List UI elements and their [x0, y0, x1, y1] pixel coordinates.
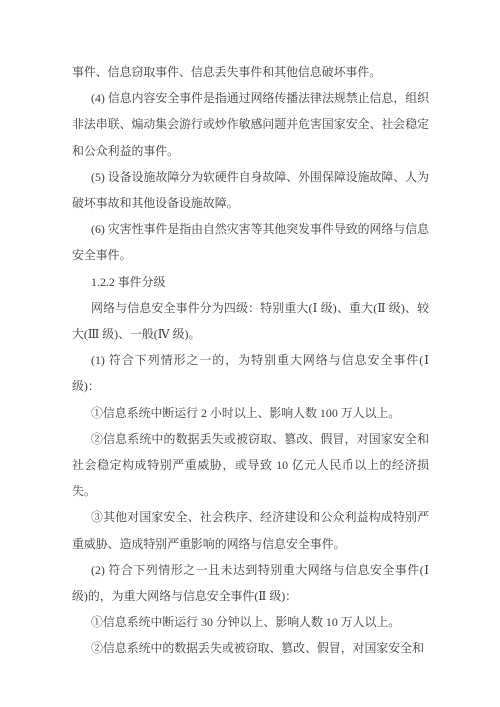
paragraph: 网络与信息安全事件分为四级：特别重大(Ⅰ 级)、重大(Ⅱ 级)、较大(Ⅲ 级)、…: [72, 295, 429, 347]
paragraph: ③其他对国家安全、社会秩序、经济建设和公众利益构成特别严重威胁、造成特别严重影响…: [72, 504, 429, 556]
paragraph: ①信息系统中断运行 2 小时以上、影响人数 100 万人以上。: [72, 400, 429, 426]
paragraph: (5) 设备设施故障分为软硬件自身故障、外围保障设施故障、人为破坏事故和其他设备…: [72, 164, 429, 216]
paragraph: (4) 信息内容安全事件是指通过网络传播法律法规禁止信息，组织非法串联、煽动集会…: [72, 85, 429, 164]
document-body: 事件、信息窃取事件、信息丢失事件和其他信息破坏事件。(4) 信息内容安全事件是指…: [72, 59, 429, 662]
paragraph: (1) 符合下列情形之一的，为特别重大网络与信息安全事件(Ⅰ 级)：: [72, 347, 429, 399]
paragraph: ①信息系统中断运行 30 分钟以上、影响人数 10 万人以上。: [72, 609, 429, 635]
document-page: 事件、信息窃取事件、信息丢失事件和其他信息破坏事件。(4) 信息内容安全事件是指…: [0, 0, 500, 707]
paragraph: (6) 灾害性事件是指由自然灾害等其他突发事件导致的网络与信息安全事件。: [72, 216, 429, 268]
section-heading: 1.2.2 事件分级: [72, 269, 429, 295]
paragraph: (2) 符合下列情形之一且未达到特别重大网络与信息安全事件(Ⅰ 级)的，为重大网…: [72, 557, 429, 609]
paragraph: 事件、信息窃取事件、信息丢失事件和其他信息破坏事件。: [72, 59, 429, 85]
paragraph: ②信息系统中的数据丢失或被窃取、篡改、假冒，对国家安全和社会稳定构成特别严重威胁…: [72, 426, 429, 505]
paragraph: ②信息系统中的数据丢失或被窃取、篡改、假冒，对国家安全和: [72, 635, 429, 661]
